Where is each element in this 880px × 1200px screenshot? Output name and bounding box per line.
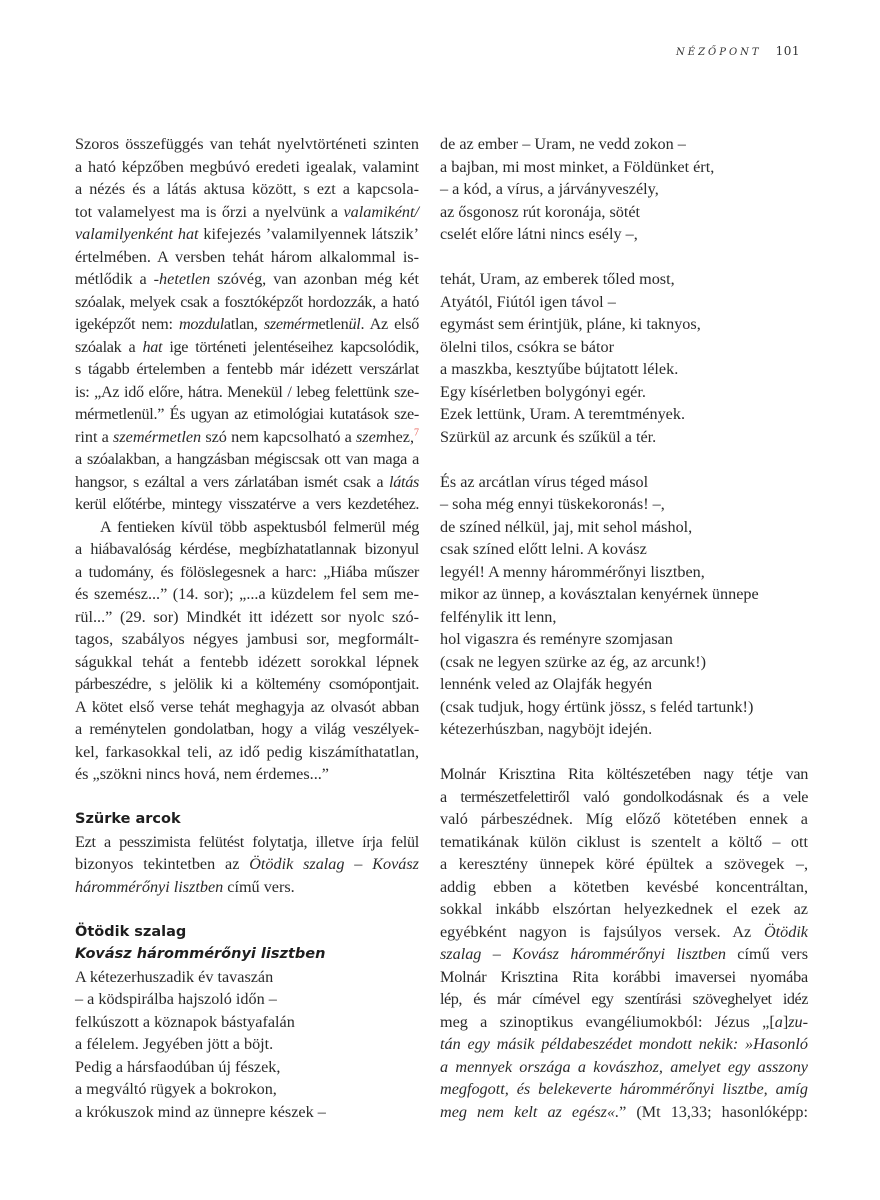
poem-stanza: tehát, Uram, az emberek tőled most, Atyá… bbox=[440, 268, 808, 448]
right-column: de az ember – Uram, ne vedd zokon – a ba… bbox=[440, 133, 808, 1123]
poem-line: És az arcátlan vírus téged másol bbox=[440, 471, 808, 494]
poem-line: Atyától, Fiútól igen távol – bbox=[440, 291, 808, 314]
text-line: rül...” (29. sor) Mindkét itt idézett so… bbox=[75, 606, 419, 629]
text-line: a hiábavalóság kérdése, megbízhatatlanna… bbox=[75, 538, 419, 561]
text-line: egyébként nagyon is fajsúlyos versek. Az… bbox=[440, 921, 808, 944]
text-line: A fentieken kívül több aspektusból felme… bbox=[75, 516, 419, 539]
text-line: a nézés és a látás aktusa között, s ezt … bbox=[75, 178, 419, 201]
paragraph-intro-poem: Ezt a pesszimista felütést folytatja, il… bbox=[75, 831, 419, 899]
text-line: sokkal inkább elszórtan helyezkednek el … bbox=[440, 898, 808, 921]
text-line: tematikának külön ciklust is szentelt a … bbox=[440, 831, 808, 854]
text-line: a természetfelettiről való gondolkodásna… bbox=[440, 786, 808, 809]
text-line: és szemész...” (14. sor); „...a küzdelem… bbox=[75, 583, 419, 606]
text-line: igeképzőt nem: mozdulatlan, szemérmetlen… bbox=[75, 313, 419, 336]
poem-line: a megváltó rügyek a bokrokon, bbox=[75, 1078, 419, 1101]
text-line: bizonyos tekintetben az Ötödik szalag – … bbox=[75, 853, 419, 876]
poem-line: legyél! A menny hárommérőnyi lisztben, bbox=[440, 561, 808, 584]
text-line: Ezt a pesszimista felütést folytatja, il… bbox=[75, 831, 419, 854]
text-line: mérmetlenül.” És ugyan az etimológiai ku… bbox=[75, 403, 419, 426]
section-heading-szurke-arcok: Szürke arcok bbox=[75, 808, 419, 831]
poem-line: cselét előre látni nincs esély –, bbox=[440, 223, 808, 246]
text-line: Szoros összefüggés van tehát nyelvtörtén… bbox=[75, 133, 419, 156]
text-line: Molnár Krisztina Rita korábbi imaversei … bbox=[440, 966, 808, 989]
poem-line: a bajban, mi most minket, a Földünket ér… bbox=[440, 156, 808, 179]
poem-line: – a ködspirálba hajszoló időn – bbox=[75, 988, 419, 1011]
poem-stanza: A kétezerhuszadik év tavaszán – a ködspi… bbox=[75, 966, 419, 1124]
page-number: 101 bbox=[776, 44, 800, 58]
text-line: métlődik a -hetetlen szóvég, van azonban… bbox=[75, 268, 419, 291]
text-line: Molnár Krisztina Rita költészetében nagy… bbox=[440, 763, 808, 786]
poem-stanza: És az arcátlan vírus téged másol – soha … bbox=[440, 471, 808, 741]
text-line: meg a szinoptikus evangéliumokból: Jézus… bbox=[440, 1011, 808, 1034]
text-line: meg nem kelt az egész«.” (Mt 13,33; haso… bbox=[440, 1101, 808, 1124]
poem-line: – soha még ennyi tüskekoronás! –, bbox=[440, 493, 808, 516]
poem-line: egymást sem érintjük, pláne, ki taknyos, bbox=[440, 313, 808, 336]
poem-line: lennénk veled az Olajfák hegyén bbox=[440, 673, 808, 696]
poem-line: (csak ne legyen szürke az ég, az arcunk!… bbox=[440, 651, 808, 674]
text-line: párbeszédre, s jelölik ki a költemény cs… bbox=[75, 673, 419, 696]
poem-line: az ősgonosz rút koronája, sötét bbox=[440, 201, 808, 224]
text-line: való párbeszédnek. Míg előző kötetében e… bbox=[440, 808, 808, 831]
text-line: s tágabb értelemben a fentebb már idézet… bbox=[75, 358, 419, 381]
poem-line: hol vigaszra és reményre szomjasan bbox=[440, 628, 808, 651]
text-line: ságukkal tehát a fentebb idézett sorokka… bbox=[75, 651, 419, 674]
poem-line: felkúszott a köznapok bástyafalán bbox=[75, 1011, 419, 1034]
text-line: tagos, szabályos négyes jambusi sor, meg… bbox=[75, 628, 419, 651]
text-line: valamilyenként hat kifejezés ’valamilyen… bbox=[75, 223, 419, 246]
poem-line: a félelem. Jegyében jött a böjt. bbox=[75, 1033, 419, 1056]
text-line: a tudomány, és fölöslegesnek a harc: „Hi… bbox=[75, 561, 419, 584]
section-title: NÉZŐPONT bbox=[676, 47, 762, 58]
poem-line: de színed nélkül, jaj, mit sehol máshol, bbox=[440, 516, 808, 539]
text-line: tot valamelyest ma is őrzi a nyelvünk a … bbox=[75, 201, 419, 224]
poem-line: a maszkba, kesztyűbe bújtatott lélek. bbox=[440, 358, 808, 381]
poem-line: de az ember – Uram, ne vedd zokon – bbox=[440, 133, 808, 156]
poem-line: tehát, Uram, az emberek tőled most, bbox=[440, 268, 808, 291]
poem-line: Pedig a hársfaodúban új fészek, bbox=[75, 1056, 419, 1079]
text-line: kel, farkasokkal teli, az idő pedig kisz… bbox=[75, 741, 419, 764]
text-line: A kötet első verse tehát meghagyja az ol… bbox=[75, 696, 419, 719]
poem-line: a krókuszok mind az ünnepre készek – bbox=[75, 1101, 419, 1124]
text-line: tán egy másik példabeszédet mondott neki… bbox=[440, 1033, 808, 1056]
poem-line: felfénylik itt lenn, bbox=[440, 606, 808, 629]
poem-line: kétezerhúszban, nagyböjt idején. bbox=[440, 718, 808, 741]
poem-line: Egy kísérletben bolygónyi egér. bbox=[440, 381, 808, 404]
paragraph-molnar: Molnár Krisztina Rita költészetében nagy… bbox=[440, 763, 808, 1123]
left-column: Szoros összefüggés van tehát nyelvtörtén… bbox=[75, 133, 419, 1123]
poem-line: mikor az ünnep, a kovásztalan kenyérnek … bbox=[440, 583, 808, 606]
text-line: a mennyek országa a kovászhoz, amelyet e… bbox=[440, 1056, 808, 1079]
poem-line: Ezek lettünk, Uram. A teremtmények. bbox=[440, 403, 808, 426]
text-line: addig ebben a kötetben kevésbé koncentrá… bbox=[440, 876, 808, 899]
text-line: a szóalakban, a hangzásban mégiscsak ott… bbox=[75, 448, 419, 471]
poem-line: – a kód, a vírus, a járványveszély, bbox=[440, 178, 808, 201]
text-line: is: „Az idő előre, hátra. Menekül / lebe… bbox=[75, 381, 419, 404]
text-line: értelmében. A versben tehát három alkalo… bbox=[75, 246, 419, 269]
text-line: szóalak a hat ige történeti jelentéseihe… bbox=[75, 336, 419, 359]
text-line: lép, és már címével egy szentírási szöve… bbox=[440, 988, 808, 1011]
text-line: a keresztény ünnepek köré épültek a szöv… bbox=[440, 853, 808, 876]
poem-line: ölelni tilos, csókra se bátor bbox=[440, 336, 808, 359]
poem-line: (csak tudjuk, hogy értünk jössz, s feléd… bbox=[440, 696, 808, 719]
text-line: rint a szemérmetlen szó nem kapcsolható … bbox=[75, 426, 419, 449]
text-line: szalag – Kovász hárommérőnyi lisztben cí… bbox=[440, 943, 808, 966]
poem-line: A kétezerhuszadik év tavaszán bbox=[75, 966, 419, 989]
poem-subtitle: Kovász hárommérőnyi lisztben bbox=[75, 943, 419, 966]
text-line: a reménytelen gondolatban, hogy a világ … bbox=[75, 718, 419, 741]
text-line: megfogott, és belekeverte hárommérőnyi l… bbox=[440, 1078, 808, 1101]
text-line: szóalak, melyek csak a fosztóképzőt hord… bbox=[75, 291, 419, 314]
poem-line: csak színed előtt lelni. A kovász bbox=[440, 538, 808, 561]
text-line: kerül előtérbe, mintegy visszatérve a ve… bbox=[75, 493, 419, 516]
text-line: és „szökni nincs hová, nem érdemes...” bbox=[75, 763, 419, 786]
poem-line: Szürkül az arcunk és szűkül a tér. bbox=[440, 426, 808, 449]
text-line: hangsor, s ezáltal a vers zárlatában ism… bbox=[75, 471, 419, 494]
text-line: hárommérőnyi lisztben című vers. bbox=[75, 876, 419, 899]
poem-stanza: de az ember – Uram, ne vedd zokon – a ba… bbox=[440, 133, 808, 246]
poem-title: Ötödik szalag bbox=[75, 921, 419, 944]
paragraph-futility: A fentieken kívül több aspektusból felme… bbox=[75, 516, 419, 786]
text-line: a ható képzőben megbúvó eredeti igealak,… bbox=[75, 156, 419, 179]
paragraph-etymology: Szoros összefüggés van tehát nyelvtörtén… bbox=[75, 133, 419, 516]
running-head: NÉZŐPONT 101 bbox=[676, 44, 800, 58]
footnote-marker[interactable]: 7 bbox=[414, 427, 419, 438]
